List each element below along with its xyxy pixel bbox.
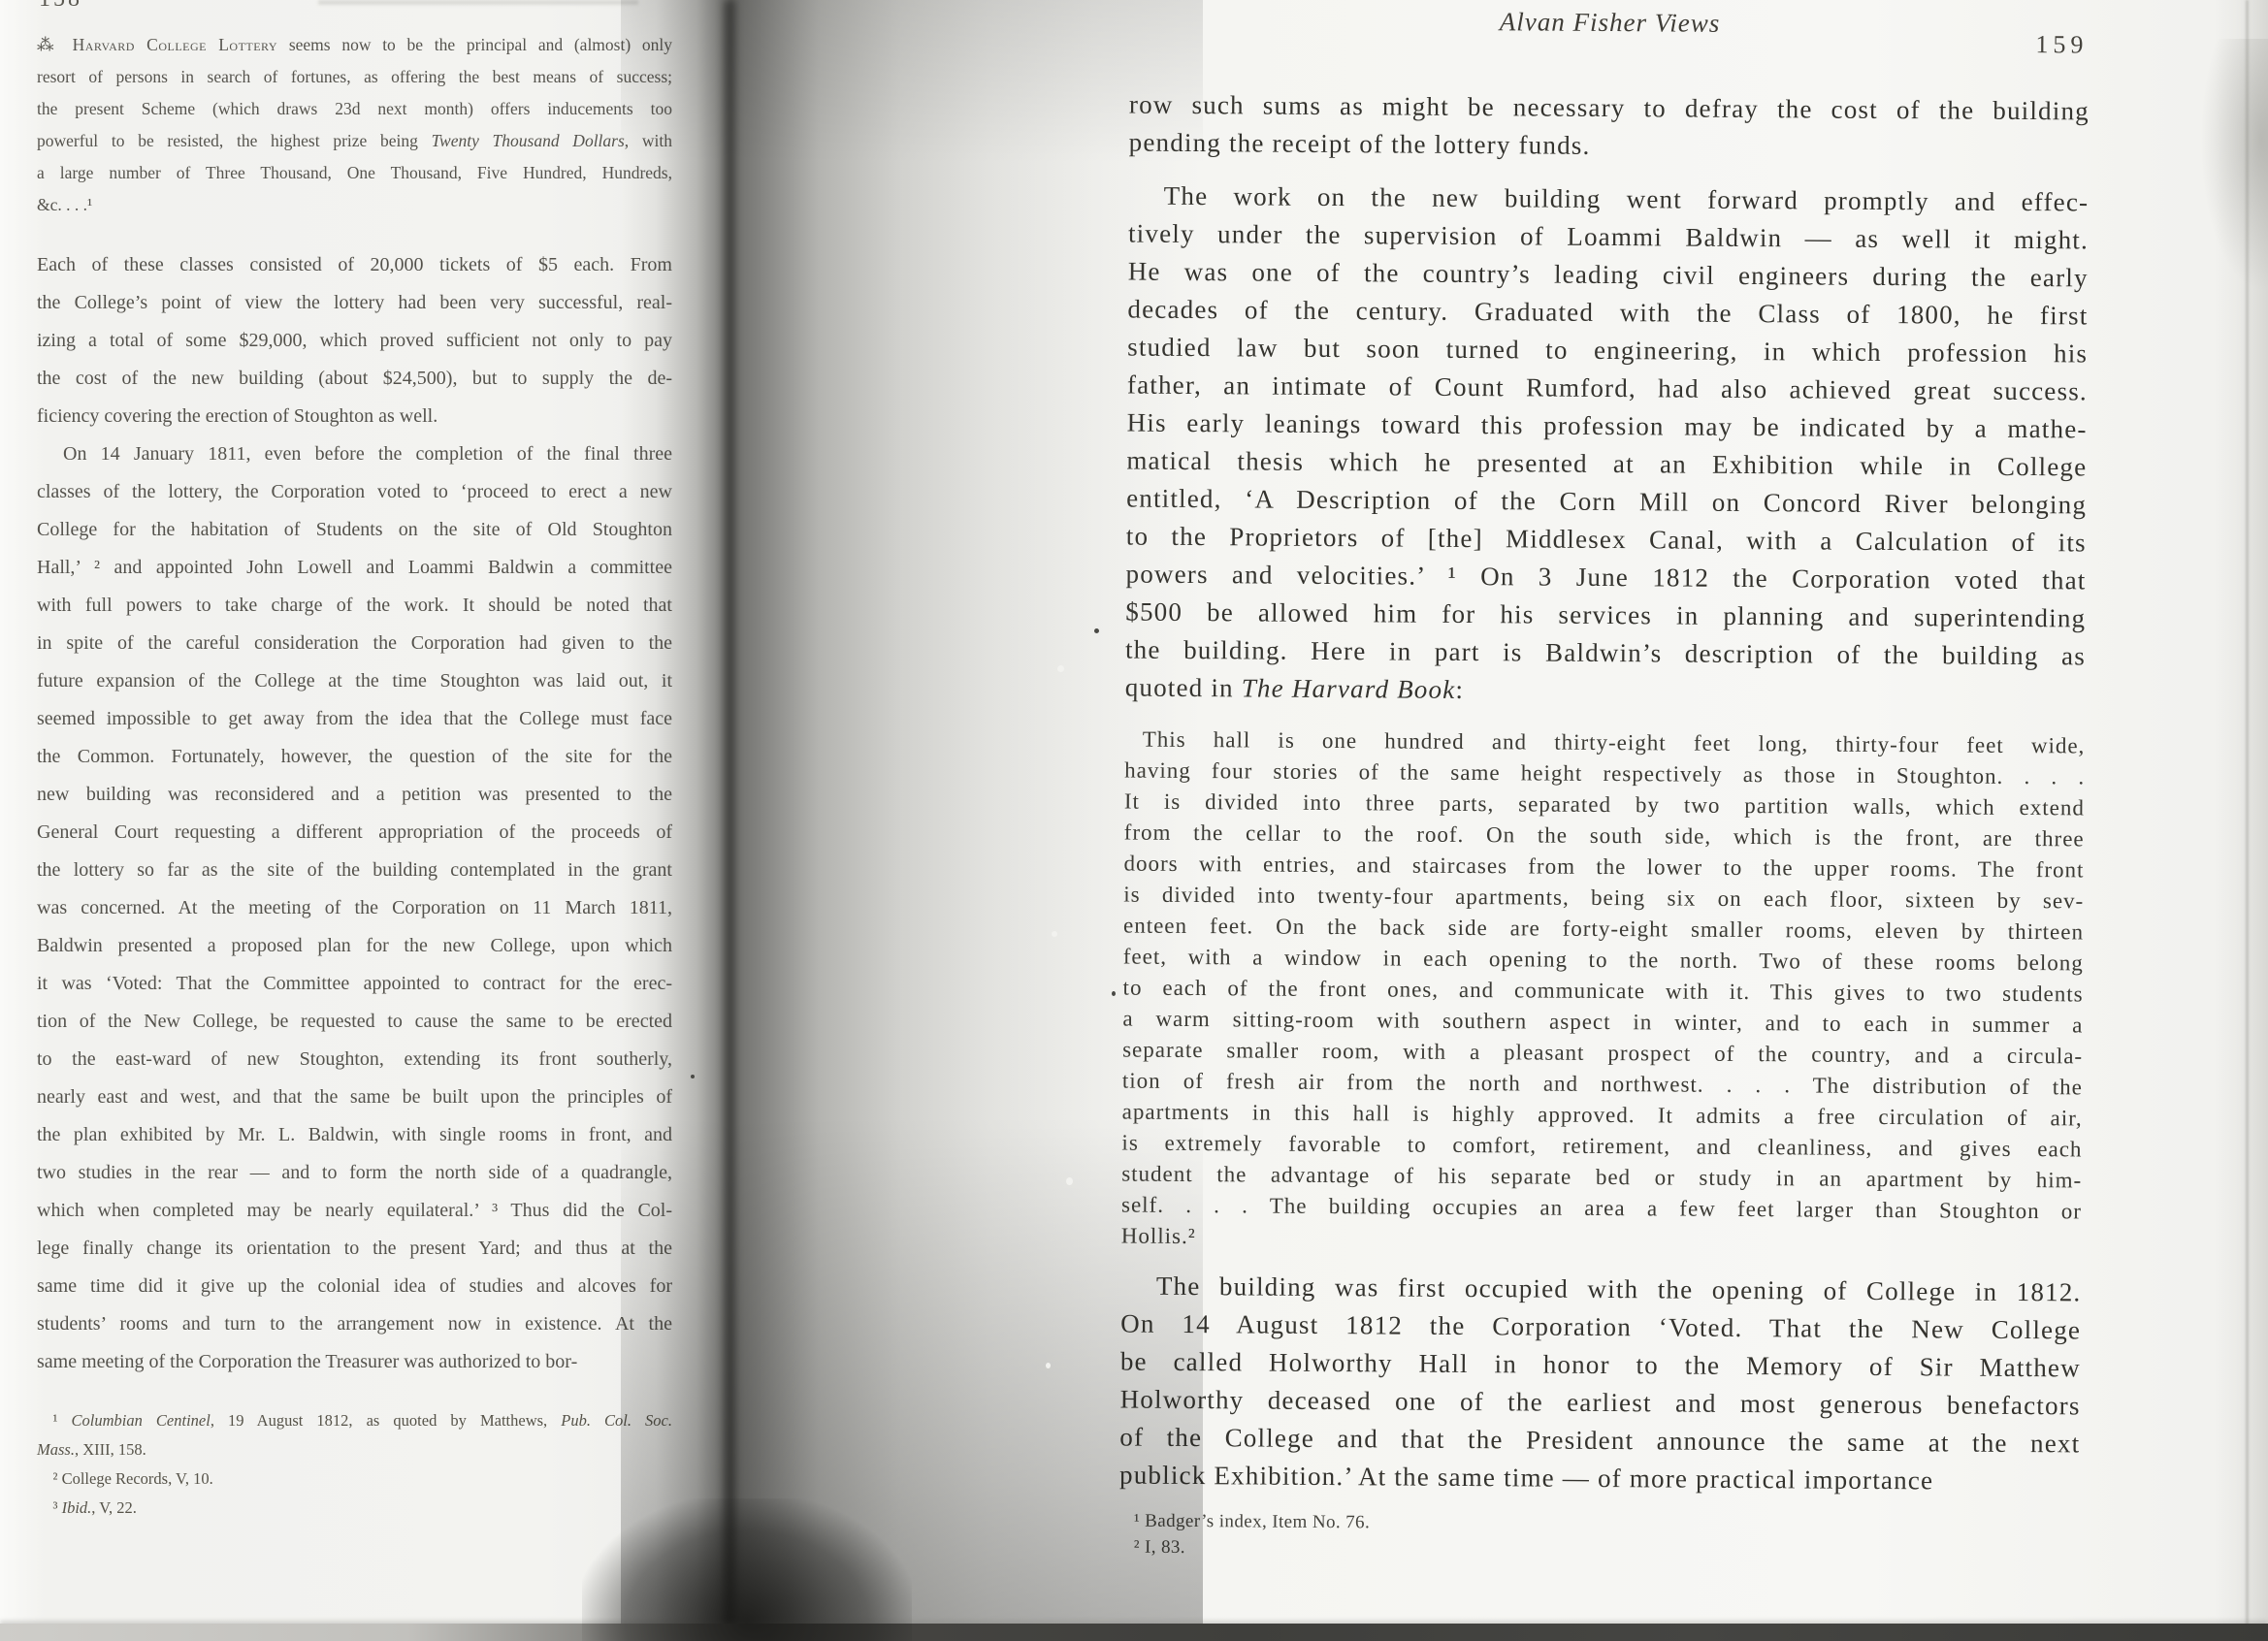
text-line: $500 be allowed him for his services in … bbox=[1125, 594, 2086, 638]
text-line: resort of persons in search of fortunes,… bbox=[37, 61, 672, 93]
text-line: the building. Here in part is Baldwin’s … bbox=[1125, 631, 2086, 676]
footnote-1: ¹ Columbian Centinel, 19 August 1812, as… bbox=[37, 1406, 672, 1464]
text-line: new building was reconsidered and a peti… bbox=[37, 776, 672, 814]
text-line: the lottery so far as the site of the bu… bbox=[37, 852, 672, 889]
blockquote-baldwin-description: This hall is one hundred and thirty-eigh… bbox=[1121, 724, 2086, 1259]
text-line: to the east-ward of new Stoughton, exten… bbox=[37, 1041, 672, 1078]
right-folio-number: 159 bbox=[2035, 30, 2088, 59]
left-page: 158 ⁂ Harvard College Lottery seems now … bbox=[37, 0, 672, 1641]
dust-speck bbox=[1052, 931, 1057, 937]
text-line: ¹ Columbian Centinel, 19 August 1812, as… bbox=[37, 1406, 672, 1435]
paragraph-row-such-sums: row such sums as might be necessary to d… bbox=[1129, 86, 2090, 169]
text-line: Baldwin presented a proposed plan for th… bbox=[37, 927, 672, 965]
text-line: row such sums as might be necessary to d… bbox=[1129, 86, 2090, 131]
text-line: be called Holworthy Hall in honor to the… bbox=[1120, 1343, 2081, 1388]
text-line: same time did it give up the colonial id… bbox=[37, 1268, 672, 1305]
text-line: publick Exhibition.’ At the same time — … bbox=[1119, 1457, 2080, 1501]
dust-speck bbox=[1046, 1363, 1051, 1368]
left-folio-number: 158 bbox=[39, 0, 82, 13]
gutter-vertical-shading bbox=[621, 0, 1203, 1641]
dust-speck bbox=[691, 1075, 695, 1078]
text-line: was concerned. At the meeting of the Cor… bbox=[37, 889, 672, 927]
clipped-running-head-remnant bbox=[318, 0, 638, 5]
text-line: quoted in The Harvard Book: bbox=[1125, 669, 2086, 714]
right-footnotes: ¹ Badger’s index, Item No. 76. ² I, 83. bbox=[1118, 1508, 2079, 1567]
text-line: same meeting of the Corporation the Trea… bbox=[37, 1343, 672, 1381]
paragraph-the-work: The work on the new building went forwar… bbox=[1125, 177, 2090, 714]
paragraph-the-building: The building was first occupied with the… bbox=[1119, 1268, 2082, 1501]
text-line: the present Scheme (which draws 23d next… bbox=[37, 93, 672, 125]
text-line: of the College and that the President an… bbox=[1119, 1419, 2080, 1464]
text-line: two studies in the rear — and to form th… bbox=[37, 1154, 672, 1192]
footnote-3: ³ Ibid., V, 22. bbox=[37, 1494, 672, 1523]
text-line: the College’s point of view the lottery … bbox=[37, 284, 672, 322]
text-line: Holworthy deceased one of the earliest a… bbox=[1120, 1381, 2081, 1426]
text-line: classes of the lottery, the Corporation … bbox=[37, 473, 672, 511]
text-line: His early leanings toward this professio… bbox=[1127, 404, 2088, 449]
book-scan: 158 ⁂ Harvard College Lottery seems now … bbox=[0, 0, 2268, 1641]
text-line: ² I, 83. bbox=[1118, 1534, 2079, 1567]
text-line: College for the habitation of Students o… bbox=[37, 511, 672, 549]
text-line: On 14 August 1812 the Corporation ‘Voted… bbox=[1120, 1305, 2081, 1350]
right-page: Alvan Fisher Views 159 row such sums as … bbox=[1118, 0, 2090, 1641]
left-folio: 158 bbox=[39, 0, 82, 13]
text-line: The work on the new building went forwar… bbox=[1128, 177, 2089, 222]
corner-smudge bbox=[2200, 39, 2268, 291]
text-line: the Common. Fortunately, however, the qu… bbox=[37, 738, 672, 776]
text-line: He was one of the country’s leading civi… bbox=[1128, 253, 2089, 298]
page-edge-line bbox=[2246, 0, 2249, 1641]
text-line: General Court requesting a different app… bbox=[37, 814, 672, 852]
paragraph-each-classes: Each of these classes consisted of 20,00… bbox=[37, 246, 672, 435]
text-line: ³ Ibid., V, 22. bbox=[37, 1494, 672, 1523]
text-line: powerful to be resisted, the highest pri… bbox=[37, 125, 672, 157]
text-line: a large number of Three Thousand, One Th… bbox=[37, 157, 672, 189]
dust-speck bbox=[1094, 628, 1099, 633]
text-line: ⁂ Harvard College Lottery seems now to b… bbox=[37, 29, 672, 61]
footnote-2: ² College Records, V, 10. bbox=[37, 1464, 672, 1494]
dust-speck bbox=[1066, 1177, 1073, 1185]
text-line: students’ rooms and turn to the arrangem… bbox=[37, 1305, 672, 1343]
text-line: matical thesis which he presented at an … bbox=[1126, 442, 2087, 487]
scan-bottom-edge bbox=[0, 1624, 2268, 1641]
text-line: father, an intimate of Count Rumford, ha… bbox=[1127, 367, 2088, 411]
text-line: Hall,’ ² and appointed John Lowell and L… bbox=[37, 549, 672, 587]
text-line: On 14 January 1811, even before the comp… bbox=[37, 435, 672, 473]
text-line: izing a total of some $29,000, which pro… bbox=[37, 322, 672, 360]
text-line: decades of the century. Graduated with t… bbox=[1127, 291, 2088, 336]
text-line: ficiency covering the erection of Stough… bbox=[37, 398, 672, 435]
text-line: entitled, ‘A Description of the Corn Mil… bbox=[1126, 480, 2087, 525]
right-text-column: row such sums as might be necessary to d… bbox=[1118, 0, 2090, 1566]
text-line: the plan exhibited by Mr. L. Baldwin, wi… bbox=[37, 1116, 672, 1154]
text-line: pending the receipt of the lottery funds… bbox=[1129, 124, 2090, 169]
text-line: nearly east and west, and that the same … bbox=[37, 1078, 672, 1116]
dust-speck bbox=[1057, 665, 1064, 672]
text-line: to the Proprietors of [the] Middlesex Ca… bbox=[1126, 518, 2087, 563]
text-line: seemed impossible to get away from the i… bbox=[37, 700, 672, 738]
text-line: &c. . . .¹ bbox=[37, 189, 672, 221]
spine-crease bbox=[724, 0, 735, 1641]
text-line: the cost of the new building (about $24,… bbox=[37, 360, 672, 398]
text-line: Mass., XIII, 158. bbox=[37, 1435, 672, 1464]
gutter-shadow bbox=[621, 0, 1203, 1641]
text-line: tion of the New College, be requested to… bbox=[37, 1003, 672, 1041]
text-line: powers and velocities.’ ¹ On 3 June 1812… bbox=[1125, 556, 2086, 600]
footnote-2: ² I, 83. bbox=[1118, 1534, 2079, 1567]
paragraph-on-14-january: On 14 January 1811, even before the comp… bbox=[37, 435, 672, 1381]
left-footnotes: ¹ Columbian Centinel, 19 August 1812, as… bbox=[37, 1406, 672, 1523]
text-line: it was ‘Voted: That the Committee appoin… bbox=[37, 965, 672, 1003]
text-line: Each of these classes consisted of 20,00… bbox=[37, 246, 672, 284]
text-line: lege finally change its orientation to t… bbox=[37, 1230, 672, 1268]
page-right-edge-shading bbox=[2215, 0, 2268, 1641]
extract-paragraph: ⁂ Harvard College Lottery seems now to b… bbox=[37, 29, 672, 221]
text-line: tively under the supervision of Loammi B… bbox=[1128, 215, 2089, 260]
text-line: with full powers to take charge of the w… bbox=[37, 587, 672, 625]
text-line: which when completed may be nearly equil… bbox=[37, 1192, 672, 1230]
text-line: The building was first occupied with the… bbox=[1120, 1268, 2081, 1312]
text-line: future expansion of the College at the t… bbox=[37, 662, 672, 700]
text-line: studied law but soon turned to engineeri… bbox=[1127, 329, 2088, 373]
dust-speck bbox=[1112, 991, 1116, 996]
text-line: ² College Records, V, 10. bbox=[37, 1464, 672, 1494]
text-line: in spite of the careful consideration th… bbox=[37, 625, 672, 662]
